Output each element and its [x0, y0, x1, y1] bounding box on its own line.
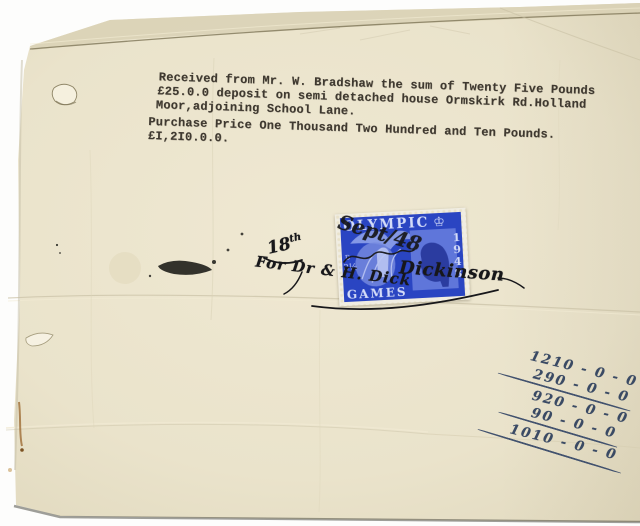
rust-stain [8, 468, 12, 472]
date-day-suffix: th [288, 232, 302, 245]
scan-background: Received from Mr. W. Bradshaw the sum of… [0, 0, 640, 526]
crown-icon: ♔ [433, 214, 445, 230]
stamp-denomination-unit: D [345, 254, 351, 262]
typed-text-block: Received from Mr. W. Bradshaw the sum of… [148, 70, 620, 158]
